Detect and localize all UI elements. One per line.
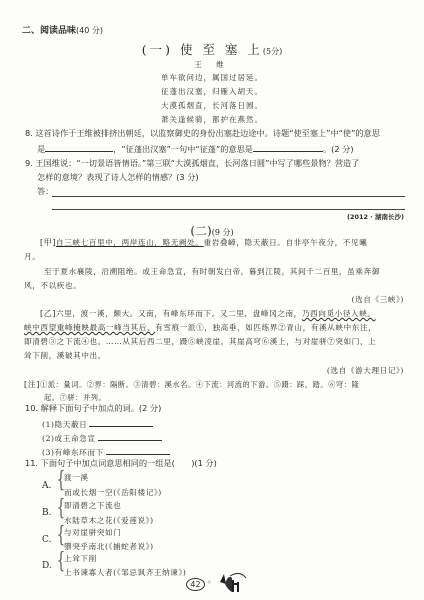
page-number: 42 — [186, 578, 205, 591]
question-number: 9. — [25, 158, 33, 168]
passage-yi-line1: [乙]六里，渡一溪，颇大。又南，有峰东环而下。又二里，盘峰冈之南，乃西向觅小径入… — [40, 308, 376, 319]
q10-item-text: (1)隐天蔽日 — [42, 420, 87, 429]
section-title: 二、阅读品味(40 分) — [22, 23, 103, 36]
passage-tag-yi: [乙] — [40, 309, 56, 318]
answer-blank[interactable] — [89, 418, 153, 427]
question-number: 11. — [25, 458, 38, 468]
option-b-letter[interactable]: B. — [42, 508, 51, 518]
notes-line1: [注]①派：量词。②界：隔断。③清碧：溪水名。④下流：河流的下游。⑤蹑：踩，踏。… — [24, 379, 359, 390]
answer-blank[interactable] — [106, 446, 170, 455]
passage-yi-line4: 耸下削，溪破其中出。 — [24, 350, 106, 361]
passage-text: 重岩叠嶂，隐天蔽日。自非亭午夜分，不见曦 — [204, 238, 368, 247]
option-a-line2: 而或长烟一空(《岳阳楼记》) — [64, 487, 162, 498]
poem-title: (一) 使 至 塞 上(5分) — [0, 40, 424, 58]
section-title-text: 二、阅读品味 — [22, 26, 76, 36]
question-text: 王国维说：“一切景语皆情语。”第三联“大漠孤烟直，长河落日圆”中写了哪些景物？营… — [35, 158, 359, 168]
answer-blank[interactable] — [98, 432, 162, 441]
question-text: 是 — [37, 144, 45, 154]
question-8-line2: 是，“征蓬出汉塞”一句中“征蓬”的意思是。(2 分) — [37, 143, 354, 155]
poem-title-text: (一) 使 至 塞 上 — [142, 42, 263, 57]
passage-jia-line1: [甲]自三峡七百里中，两岸连山，略无阙处。重岩叠嶂，隐天蔽日。自非亭午夜分，不见… — [40, 237, 367, 248]
question-8: 8. 这首诗作于王维被排挤出朝廷，以监察御史的身份出塞赴边途中。诗题“使至塞上”… — [25, 128, 380, 139]
passage-yi-line3: 即清碧③之下流④也。……从其后西二里，蹑⑤峡凌崖。其崖高穹⑥溪上，与对崖骈⑦突如… — [24, 336, 376, 347]
answer-line-1[interactable] — [52, 196, 405, 197]
source-citation: (2012 · 湖南长沙) — [347, 212, 404, 221]
option-c-line1: 与对崖骈突如门 — [64, 527, 121, 538]
q10-item-text: (3)有峰东环而下 — [42, 448, 104, 457]
passage-text: 有雪痕一派①，独高垂，如匹练界②青山，有溪从峡中东注， — [155, 323, 376, 332]
answer-blank-zhengpeng[interactable] — [253, 143, 323, 152]
question-9-line2: 怎样的意境？表现了诗人怎样的情感？(3 分) — [37, 172, 199, 183]
question-number: 10. — [25, 403, 38, 413]
q10-item-3: (3)有峰东环而下 — [42, 446, 170, 458]
option-d-letter[interactable]: D. — [42, 561, 52, 571]
answer-line-2[interactable] — [52, 209, 405, 210]
answer-label: 答： — [37, 186, 53, 197]
notes-line2: 起。⑦骈：并列。 — [44, 393, 106, 403]
option-a-line1: 渡一溪 — [64, 472, 89, 483]
poem-author: 王 维 — [0, 59, 424, 70]
q10-item-2: (2)或王命急宣 — [42, 432, 162, 444]
notes-text: ①派：量词。②界：隔断。③清碧：溪水名。④下流：河流的下游。⑤蹑：踩，踏。⑥穹：… — [40, 380, 359, 389]
passage-jia-para2-line1: 至于夏水襄陵，沿溯阻绝。或王命急宣，有时朝发白帝，暮到江陵，其间千二百里，虽乘奔… — [44, 266, 380, 277]
poem-line: 萧关逢候骑，都护在燕然。 — [0, 114, 424, 125]
poem-line: 单车欲问边，属国过居延。 — [0, 72, 424, 83]
q10-item-1: (1)隐天蔽日 — [42, 418, 153, 430]
poem-line: 大漠孤烟直，长河落日圆。 — [0, 100, 424, 111]
question-11: 11. 下面句子中加点词意思相同的一组是( )(1 分) — [25, 458, 217, 469]
question-text: ，“征蓬出汉塞”一句中“征蓬”的意思是 — [113, 144, 253, 154]
option-b-line2: 水陆草木之花(《爱莲说》) — [64, 515, 154, 526]
part-2-title-text: (二) — [190, 224, 211, 238]
question-10: 10. 解释下面句子中加点的词。(2 分) — [25, 403, 161, 414]
q10-item-text: (2)或王命急宣 — [42, 434, 96, 443]
option-d-line2: 上书谏寡人者(《邹忌讽齐王纳谏》) — [64, 567, 186, 578]
passage-yi-line2: 峡中西望重峰掩映最高一峰当其后，有雪痕一派①，独高垂，如匹练界②青山，有溪从峡中… — [24, 322, 376, 333]
option-d-line1: 上耸下削 — [64, 553, 97, 564]
wavy-underlined-sentence: 乃西向觅小径入峡。 — [302, 309, 376, 318]
option-a-letter[interactable]: A. — [42, 481, 51, 491]
notes-tag: [注] — [24, 380, 40, 389]
passage-jia-line2: 月。 — [24, 251, 40, 262]
answer-blank-shi[interactable] — [45, 143, 113, 152]
part-2-points: (9 分) — [212, 228, 234, 237]
option-c-letter[interactable]: C. — [42, 535, 51, 545]
passage-tag-jia: [甲] — [40, 238, 56, 247]
question-text: 下面句子中加点词意思相同的一组是( )(1 分) — [41, 458, 217, 468]
passage-yi-source: (选自《游大理日记》) — [327, 365, 404, 376]
question-number: 8. — [25, 128, 33, 138]
wavy-underlined-sentence: 峡中西望重峰掩映最高一峰当其后， — [24, 323, 155, 332]
question-9: 9. 王国维说：“一切景语皆情语。”第三联“大漠孤烟直，长河落日圆”中写了哪些景… — [25, 158, 359, 169]
section-points: (40 分) — [76, 26, 103, 35]
passage-jia-source: (选自《三峡》) — [352, 294, 405, 305]
separator-dot: ◦ — [207, 578, 212, 587]
poem-line: 征蓬出汉塞，归雁入胡天。 — [0, 86, 424, 97]
option-c-line2: 隳突乎南北(《捕蛇者说》) — [64, 541, 154, 552]
underlined-sentence: 自三峡七百里中，两岸连山，略无阙处。 — [56, 238, 204, 247]
passage-text: 六里，渡一溪，颇大。又南，有峰东环而下。又二里，盘峰冈之南， — [56, 309, 302, 318]
question-text: 这首诗作于王维被排挤出朝廷，以监察御史的身份出塞赴边途中。诗题“使至塞上”中“使… — [35, 128, 379, 138]
passage-jia-para2-line2: 风，不以疾也。 — [24, 280, 81, 291]
fish-logo-icon — [216, 570, 248, 600]
option-b-line1: 即清碧之下流也 — [64, 500, 121, 511]
question-text: 。(2 分) — [323, 144, 354, 154]
question-text: 解释下面句子中加点的词。(2 分) — [41, 403, 162, 413]
poem-points: (5分) — [263, 47, 282, 56]
